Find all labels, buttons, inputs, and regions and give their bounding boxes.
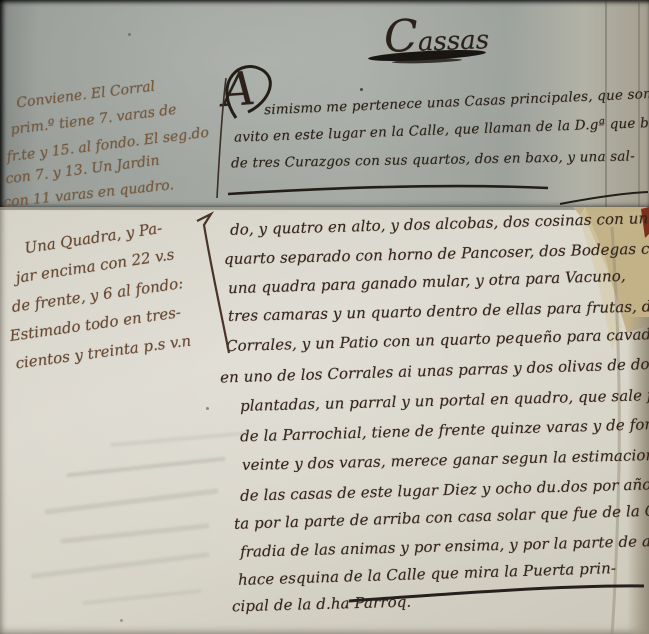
body-text-line: Corrales, y un Patio con un quarto peque… bbox=[226, 327, 649, 354]
body-text-line: hace esquina de la Calle que mira la Pue… bbox=[238, 561, 616, 588]
body-text-line: fradia de las animas y por ensima, y por… bbox=[240, 533, 649, 560]
body-text-line: una quadra para ganado mular, y otra par… bbox=[228, 269, 626, 296]
illuminated-initial: A bbox=[220, 65, 256, 113]
body-text-line: avito en este lugar en la Calle, que lla… bbox=[234, 116, 649, 145]
page-fold-crease bbox=[638, 0, 640, 207]
body-text-line: de las casas de este lugar Diez y ocho d… bbox=[240, 475, 649, 504]
body-text-line: cipal de la d.ha Parroq. bbox=[232, 595, 412, 615]
column-divider-line bbox=[197, 214, 229, 353]
bleedthrough-smudge bbox=[44, 488, 218, 514]
body-text-line: de la Parrochial, tiene de frente quinze… bbox=[240, 417, 649, 445]
body-text-line: veinte y dos varas, merece ganar segun l… bbox=[242, 448, 649, 473]
bleedthrough-smudge bbox=[60, 523, 210, 544]
body-text-line: do, y quatro en alto, y dos alcobas, dos… bbox=[230, 211, 649, 238]
body-text-line: ta por la parte de arriba con casa solar… bbox=[234, 503, 649, 532]
manuscript-photo: Cassas Conviene. El Corral prim.º tiene … bbox=[0, 0, 649, 634]
body-text-line: simismo me pertenece unas Casas principa… bbox=[264, 86, 649, 118]
body-text-line: de tres Curazgos con sus quartos, dos en… bbox=[231, 150, 635, 171]
body-text-line: plantadas, un parral y un portal en quad… bbox=[240, 387, 649, 414]
manuscript-photo-bottom: Una Quadra, y Pa- jar encima con 22 v.s … bbox=[0, 207, 649, 634]
bleedthrough-smudge bbox=[82, 589, 202, 606]
bleedthrough-smudge bbox=[110, 431, 250, 447]
body-text-line: quarto separado con horno de Pancoser, d… bbox=[224, 240, 649, 267]
body-text-line: tres camaras y un quarto dentro de ellas… bbox=[228, 299, 649, 324]
bleedthrough-smudge bbox=[30, 552, 209, 579]
manuscript-photo-top: Cassas Conviene. El Corral prim.º tiene … bbox=[0, 0, 649, 207]
bleedthrough-smudge bbox=[66, 457, 226, 478]
body-text-line: en uno de los Corrales ai unas parras y … bbox=[220, 355, 649, 385]
